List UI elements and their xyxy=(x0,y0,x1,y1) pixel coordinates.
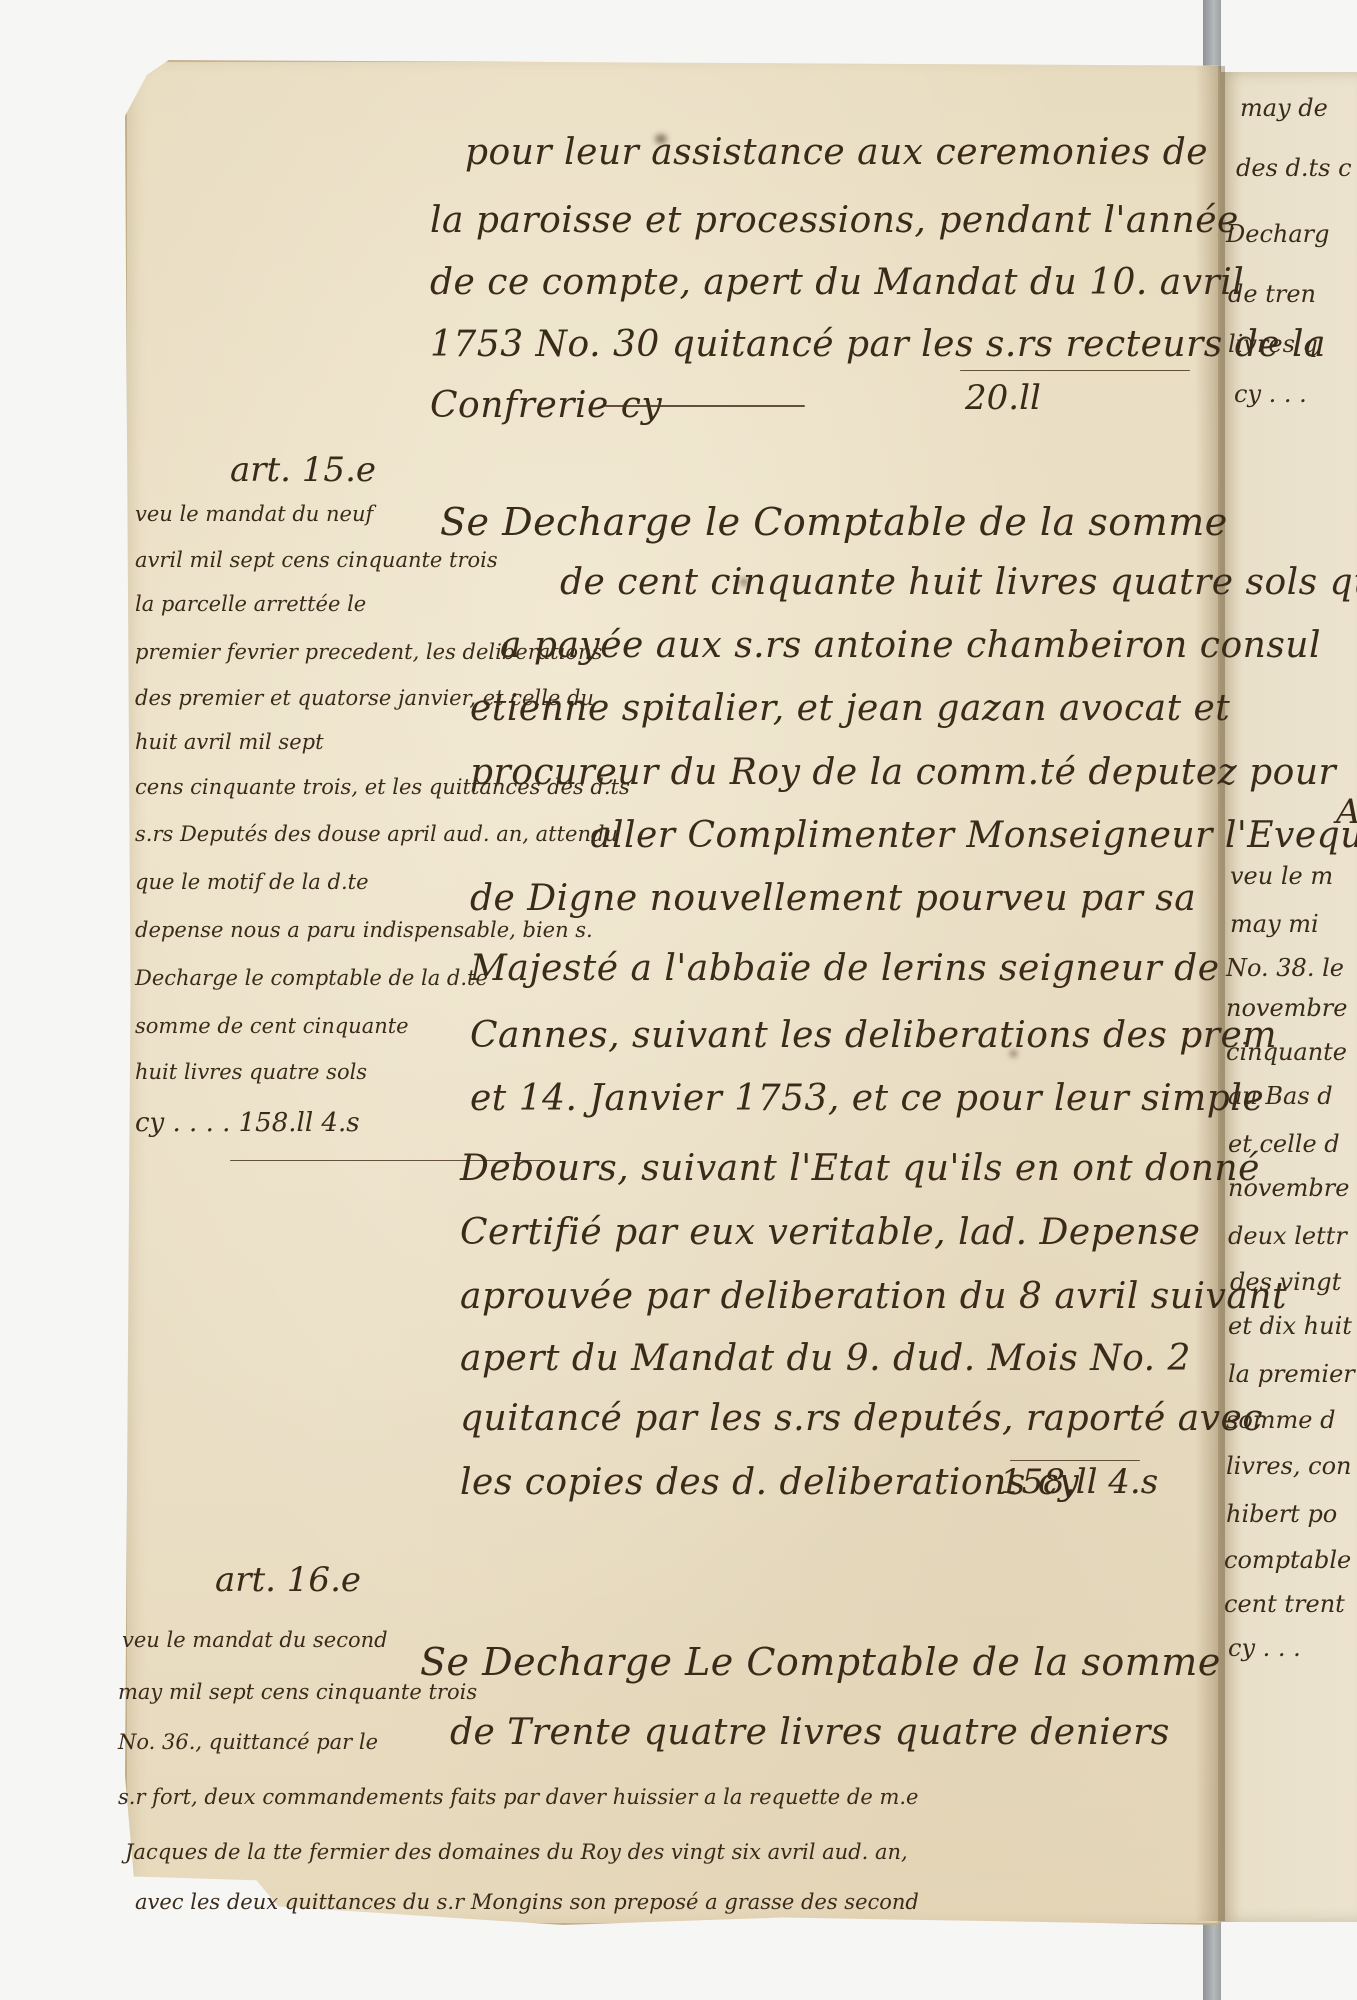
margin-note-line: huit avril mil sept xyxy=(135,730,324,754)
body-line: etienne spitalier, et jean gazan avocat … xyxy=(470,688,1230,729)
facing-line: la premier xyxy=(1228,1360,1355,1388)
margin-note-line: No. 36., quittancé par le xyxy=(118,1730,378,1754)
margin-note-line: avril mil sept cens cinquante trois xyxy=(135,548,498,572)
ink-stain xyxy=(1010,1050,1017,1057)
body-line: Debours, suivant l'Etat qu'ils en ont do… xyxy=(460,1148,1260,1189)
body-line: quitancé par les s.rs deputés, raporté a… xyxy=(460,1398,1263,1439)
body-line: de cent cinquante huit livres quatre sol… xyxy=(560,562,1357,603)
facing-line: cent trent xyxy=(1224,1590,1345,1618)
body-line: les copies des d. deliberations cy xyxy=(460,1462,1079,1503)
body-line: aller Complimenter Monseigneur l'Eveque xyxy=(590,815,1357,856)
total-rule xyxy=(1010,1460,1140,1461)
margin-note-line: avec les deux quittances du s.r Mongins … xyxy=(135,1890,919,1914)
facing-line: No. 38. le xyxy=(1226,954,1344,982)
facing-line: veu le m xyxy=(1230,862,1333,890)
body-line: de Digne nouvellement pourveu par sa xyxy=(470,878,1196,919)
margin-note-line: depense nous a paru indispensable, bien … xyxy=(135,918,593,942)
fill-rule xyxy=(605,405,805,407)
body-line: apert du Mandat du 9. dud. Mois No. 2 xyxy=(460,1338,1191,1379)
facing-line: des d.ts c xyxy=(1236,154,1352,182)
margin-note-line: veu le mandat du second xyxy=(122,1628,388,1652)
facing-line: may de xyxy=(1240,94,1328,122)
facing-line: may mi xyxy=(1230,910,1319,938)
total-rule xyxy=(960,370,1190,371)
margin-note-line: Decharge le comptable de la d.te xyxy=(135,966,488,990)
facing-line: livres, con xyxy=(1226,1452,1352,1480)
body-line: Se Decharge Le Comptable de la somme xyxy=(420,1640,1221,1684)
body-line: aprouvée par deliberation du 8 avril sui… xyxy=(460,1276,1287,1317)
facing-line: comptable xyxy=(1224,1546,1351,1574)
article-heading: art. 16.e xyxy=(215,1560,361,1600)
entry-line: de ce compte, apert du Mandat du 10. avr… xyxy=(430,262,1244,303)
body-line: Cannes, suivant les deliberations des pr… xyxy=(470,1015,1277,1056)
facing-line: hibert po xyxy=(1226,1500,1337,1528)
body-line: Majesté a l'abbaïe de lerins seigneur de xyxy=(470,948,1220,989)
margin-note-line: s.r fort, deux commandements faits par d… xyxy=(118,1785,918,1809)
margin-note-line: s.rs Deputés des douse april aud. an, at… xyxy=(135,822,618,846)
margin-note-line: somme de cent cinquante xyxy=(135,1014,409,1038)
body-line: a payée aux s.rs antoine chambeiron cons… xyxy=(500,625,1321,666)
body-line: Se Decharge le Comptable de la somme xyxy=(440,500,1228,544)
entry-line: la paroisse et processions, pendant l'an… xyxy=(430,200,1239,241)
body-line: Certifié par eux veritable, lad. Depense xyxy=(460,1212,1200,1253)
facing-line: Decharg xyxy=(1226,220,1330,248)
margin-note-line: la parcelle arrettée le xyxy=(135,592,366,616)
entry-line: 1753 No. 30 quitancé par les s.rs recteu… xyxy=(430,324,1326,365)
entry-line: pour leur assistance aux ceremonies de xyxy=(465,132,1208,173)
ink-stain xyxy=(740,578,748,586)
ink-stain xyxy=(655,134,667,144)
margin-note-line: Jacques de la tte fermier des domaines d… xyxy=(125,1840,908,1864)
binding-clip-bottom xyxy=(1203,1918,1221,2000)
facing-line: cy . . . xyxy=(1228,1634,1301,1662)
facing-line: cy . . . xyxy=(1234,380,1307,408)
body-line: de Trente quatre livres quatre deniers xyxy=(450,1712,1170,1753)
body-line: et 14. Janvier 1753, et ce pour leur sim… xyxy=(470,1078,1264,1119)
facing-line: deux lettr xyxy=(1228,1222,1347,1250)
margin-total: cy . . . . 158.ll 4.s xyxy=(135,1108,360,1138)
margin-note-line: veu le mandat du neuf xyxy=(135,502,373,526)
body-line: procureur du Roy de la comm.té deputez p… xyxy=(470,752,1336,793)
margin-note-line: huit livres quatre sols xyxy=(135,1060,367,1084)
article-heading: art. 15.e xyxy=(230,450,376,490)
amount: 158.ll 4.s xyxy=(1000,1462,1158,1502)
amount: 20.ll xyxy=(965,378,1041,418)
margin-note-line: que le motif de la d.te xyxy=(135,870,369,894)
